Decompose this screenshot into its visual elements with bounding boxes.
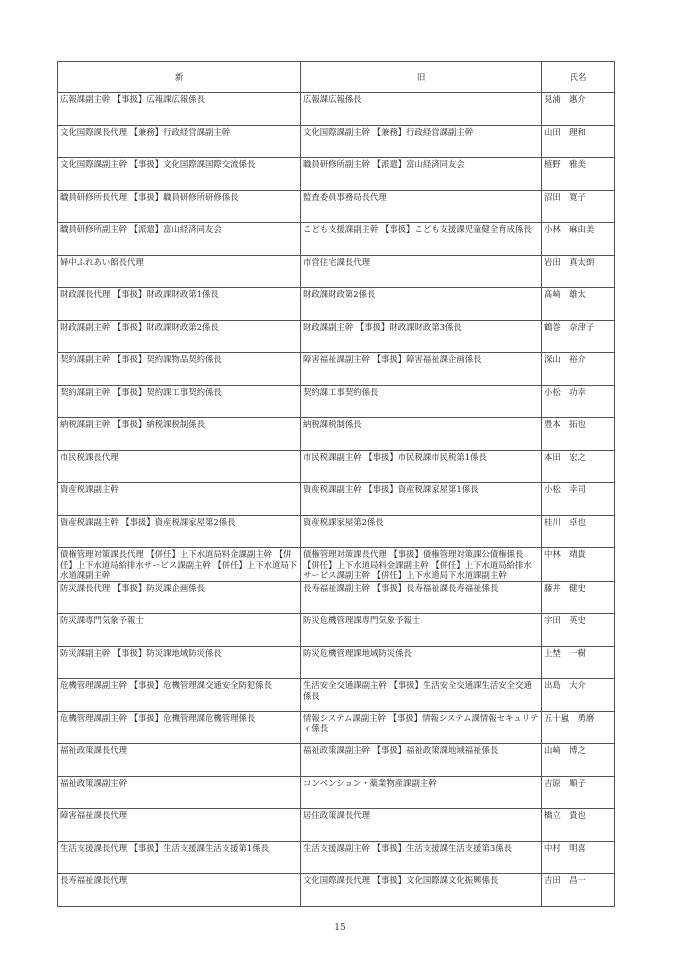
new-position-cell: 防災課長代理 【事扱】防災課企画係長 — [58, 581, 301, 614]
table-row: 長寿福祉課長代理文化国際課長代理 【事扱】文化国際課文化振興係長吉田 昌一 — [58, 874, 615, 907]
table-row: 債権管理対策課長代理 【併任】上下水道局料金課副主幹 【併任】上下水道局給排水サ… — [58, 548, 615, 582]
new-position-cell: 防災課専門気象予報士 — [58, 614, 301, 647]
new-position-cell: 財政課副主幹 【事扱】財政課財政第2係長 — [58, 320, 301, 353]
name-cell: 岩田 真太朗 — [542, 255, 615, 288]
document-page: 新 旧 氏名 広報課副主幹 【事扱】広報課広報係長広報課広報係長見浦 惠介文化国… — [0, 0, 680, 961]
new-position-cell: 長寿福祉課長代理 — [58, 874, 301, 907]
old-position-cell: 生活安全交通課副主幹 【事扱】生活安全交通課生活安全交通係長 — [301, 679, 542, 712]
name-cell: 五十嵐 勇磨 — [542, 711, 615, 744]
old-position-cell: 資産税課副主幹 【事扱】資産税課家屋第1係長 — [301, 483, 542, 516]
old-position-cell: 市民税課副主幹 【事扱】市民税課市民税第1係長 — [301, 450, 542, 483]
personnel-transfer-table: 新 旧 氏名 広報課副主幹 【事扱】広報課広報係長広報課広報係長見浦 惠介文化国… — [57, 61, 615, 907]
header-name: 氏名 — [542, 62, 615, 93]
new-position-cell: 納税課副主幹 【事扱】納税課税制係長 — [58, 418, 301, 451]
table-row: 生活支援課長代理 【事扱】生活支援課生活支援第1係長生活支援課副主幹 【事扱】生… — [58, 841, 615, 874]
new-position-cell: 危機管理課副主幹 【事扱】危機管理課危機管理係長 — [58, 711, 301, 744]
old-position-cell: 防災危機管理課地域防災係長 — [301, 646, 542, 679]
old-position-cell: 居住政策課長代理 — [301, 809, 542, 842]
old-position-cell: 広報課広報係長 — [301, 93, 542, 126]
name-cell: 宇田 英史 — [542, 614, 615, 647]
table-row: 納税課副主幹 【事扱】納税課税制係長納税課税制係長豊本 拓也 — [58, 418, 615, 451]
name-cell: 見浦 惠介 — [542, 93, 615, 126]
name-cell: 小松 功幸 — [542, 385, 615, 418]
table-row: 障害福祉課長代理居住政策課長代理橋立 貴也 — [58, 809, 615, 842]
old-position-cell: 財政課副主幹 【事扱】財政課財政第3係長 — [301, 320, 542, 353]
table-row: 防災課専門気象予報士防災危機管理課専門気象予報士宇田 英史 — [58, 614, 615, 647]
table-row: 市民税課長代理市民税課副主幹 【事扱】市民税課市民税第1係長本田 宏之 — [58, 450, 615, 483]
old-position-cell: 防災危機管理課専門気象予報士 — [301, 614, 542, 647]
new-position-cell: 福祉政策課副主幹 — [58, 776, 301, 809]
old-position-cell: コンベンション・薬業物産課副主幹 — [301, 776, 542, 809]
old-position-cell: 納税課税制係長 — [301, 418, 542, 451]
old-position-cell: 財政課財政第2係長 — [301, 288, 542, 321]
table-row: 文化国際課長代理 【兼務】行政経営課副主幹文化国際課副主幹 【兼務】行政経営課副… — [58, 125, 615, 158]
table-row: 危機管理課副主幹 【事扱】危機管理課交通安全防犯係長生活安全交通課副主幹 【事扱… — [58, 679, 615, 712]
old-position-cell: 市営住宅課長代理 — [301, 255, 542, 288]
table-row: 職員研修所長代理 【事扱】職員研修所研修係長監査委員事務局長代理沼田 寛子 — [58, 190, 615, 223]
old-position-cell: 長寿福祉課副主幹 【事扱】長寿福祉課長寿福祉係長 — [301, 581, 542, 614]
old-position-cell: 生活支援課副主幹 【事扱】生活支援課生活支援第3係長 — [301, 841, 542, 874]
table-body: 広報課副主幹 【事扱】広報課広報係長広報課広報係長見浦 惠介文化国際課長代理 【… — [58, 93, 615, 907]
name-cell: 髙﨑 雄太 — [542, 288, 615, 321]
old-position-cell: 監査委員事務局長代理 — [301, 190, 542, 223]
page-number: 15 — [0, 923, 680, 933]
name-cell: 中村 明喜 — [542, 841, 615, 874]
new-position-cell: 市民税課長代理 — [58, 450, 301, 483]
new-position-cell: 広報課副主幹 【事扱】広報課広報係長 — [58, 93, 301, 126]
header-new-position: 新 — [58, 62, 301, 93]
name-cell: 出島 大介 — [542, 679, 615, 712]
old-position-cell: 福祉政策課副主幹 【事扱】福祉政策課地域福祉係長 — [301, 744, 542, 777]
new-position-cell: 資産税課副主幹 【事扱】資産税課家屋第2係長 — [58, 515, 301, 548]
new-position-cell: 防災課副主幹 【事扱】防災課地域防災係長 — [58, 646, 301, 679]
name-cell: 吉田 昌一 — [542, 874, 615, 907]
new-position-cell: 職員研修所副主幹 【派遣】富山経済同友会 — [58, 223, 301, 256]
table-row: 資産税課副主幹資産税課副主幹 【事扱】資産税課家屋第1係長小松 幸司 — [58, 483, 615, 516]
name-cell: 上埜 一樹 — [542, 646, 615, 679]
table-row: 契約課副主幹 【事扱】契約課工事契約係長契約課工事契約係長小松 功幸 — [58, 385, 615, 418]
new-position-cell: 財政課長代理 【事扱】財政課財政第1係長 — [58, 288, 301, 321]
old-position-cell: 債権管理対策課長代理 【事扱】債権管理対策課公債権係長 【併任】上下水道局料金課… — [301, 548, 542, 582]
old-position-cell: 契約課工事契約係長 — [301, 385, 542, 418]
new-position-cell: 障害福祉課長代理 — [58, 809, 301, 842]
name-cell: 小松 幸司 — [542, 483, 615, 516]
name-cell: 桂川 卓也 — [542, 515, 615, 548]
new-position-cell: 契約課副主幹 【事扱】契約課物品契約係長 — [58, 353, 301, 386]
name-cell: 藤井 健史 — [542, 581, 615, 614]
table-row: 財政課長代理 【事扱】財政課財政第1係長財政課財政第2係長髙﨑 雄太 — [58, 288, 615, 321]
name-cell: 沼田 寛子 — [542, 190, 615, 223]
header-old-position: 旧 — [301, 62, 542, 93]
name-cell: 山田 理和 — [542, 125, 615, 158]
table-row: 資産税課副主幹 【事扱】資産税課家屋第2係長資産税課家屋第2係長桂川 卓也 — [58, 515, 615, 548]
name-cell: 植野 雅美 — [542, 158, 615, 191]
old-position-cell: 文化国際課副主幹 【兼務】行政経営課副主幹 — [301, 125, 542, 158]
table-row: 危機管理課副主幹 【事扱】危機管理課危機管理係長情報システム課副主幹 【事扱】情… — [58, 711, 615, 744]
table-row: 防災課長代理 【事扱】防災課企画係長長寿福祉課副主幹 【事扱】長寿福祉課長寿福祉… — [58, 581, 615, 614]
old-position-cell: 障害福祉課副主幹 【事扱】障害福祉課企画係長 — [301, 353, 542, 386]
new-position-cell: 生活支援課長代理 【事扱】生活支援課生活支援第1係長 — [58, 841, 301, 874]
new-position-cell: 福祉政策課長代理 — [58, 744, 301, 777]
table-row: 職員研修所副主幹 【派遣】富山経済同友会こども支援課副主幹 【事扱】こども支援課… — [58, 223, 615, 256]
new-position-cell: 契約課副主幹 【事扱】契約課工事契約係長 — [58, 385, 301, 418]
name-cell: 豊本 拓也 — [542, 418, 615, 451]
table-row: 広報課副主幹 【事扱】広報課広報係長広報課広報係長見浦 惠介 — [58, 93, 615, 126]
old-position-cell: こども支援課副主幹 【事扱】こども支援課児童健全育成係長 — [301, 223, 542, 256]
name-cell: 鶴巻 奈津子 — [542, 320, 615, 353]
old-position-cell: 情報システム課副主幹 【事扱】情報システム課情報セキュリティ係長 — [301, 711, 542, 744]
old-position-cell: 資産税課家屋第2係長 — [301, 515, 542, 548]
new-position-cell: 文化国際課長代理 【兼務】行政経営課副主幹 — [58, 125, 301, 158]
name-cell: 小林 麻由美 — [542, 223, 615, 256]
new-position-cell: 資産税課副主幹 — [58, 483, 301, 516]
old-position-cell: 文化国際課長代理 【事扱】文化国際課文化振興係長 — [301, 874, 542, 907]
name-cell: 本田 宏之 — [542, 450, 615, 483]
new-position-cell: 文化国際課副主幹 【事扱】文化国際課国際交流係長 — [58, 158, 301, 191]
name-cell: 中林 靖貴 — [542, 548, 615, 582]
name-cell: 山﨑 博之 — [542, 744, 615, 777]
table-row: 文化国際課副主幹 【事扱】文化国際課国際交流係長職員研修所副主幹 【派遣】富山経… — [58, 158, 615, 191]
table-row: 財政課副主幹 【事扱】財政課財政第2係長財政課副主幹 【事扱】財政課財政第3係長… — [58, 320, 615, 353]
table-row: 契約課副主幹 【事扱】契約課物品契約係長障害福祉課副主幹 【事扱】障害福祉課企画… — [58, 353, 615, 386]
table-row: 防災課副主幹 【事扱】防災課地域防災係長防災危機管理課地域防災係長上埜 一樹 — [58, 646, 615, 679]
new-position-cell: 婦中ふれあい館長代理 — [58, 255, 301, 288]
name-cell: 橋立 貴也 — [542, 809, 615, 842]
name-cell: 深山 裕介 — [542, 353, 615, 386]
name-cell: 吉原 順子 — [542, 776, 615, 809]
table-header-row: 新 旧 氏名 — [58, 62, 615, 93]
new-position-cell: 債権管理対策課長代理 【併任】上下水道局料金課副主幹 【併任】上下水道局給排水サ… — [58, 548, 301, 582]
table-row: 婦中ふれあい館長代理市営住宅課長代理岩田 真太朗 — [58, 255, 615, 288]
table-row: 福祉政策課副主幹コンベンション・薬業物産課副主幹吉原 順子 — [58, 776, 615, 809]
table-row: 福祉政策課長代理福祉政策課副主幹 【事扱】福祉政策課地域福祉係長山﨑 博之 — [58, 744, 615, 777]
old-position-cell: 職員研修所副主幹 【派遣】富山経済同友会 — [301, 158, 542, 191]
new-position-cell: 危機管理課副主幹 【事扱】危機管理課交通安全防犯係長 — [58, 679, 301, 712]
new-position-cell: 職員研修所長代理 【事扱】職員研修所研修係長 — [58, 190, 301, 223]
